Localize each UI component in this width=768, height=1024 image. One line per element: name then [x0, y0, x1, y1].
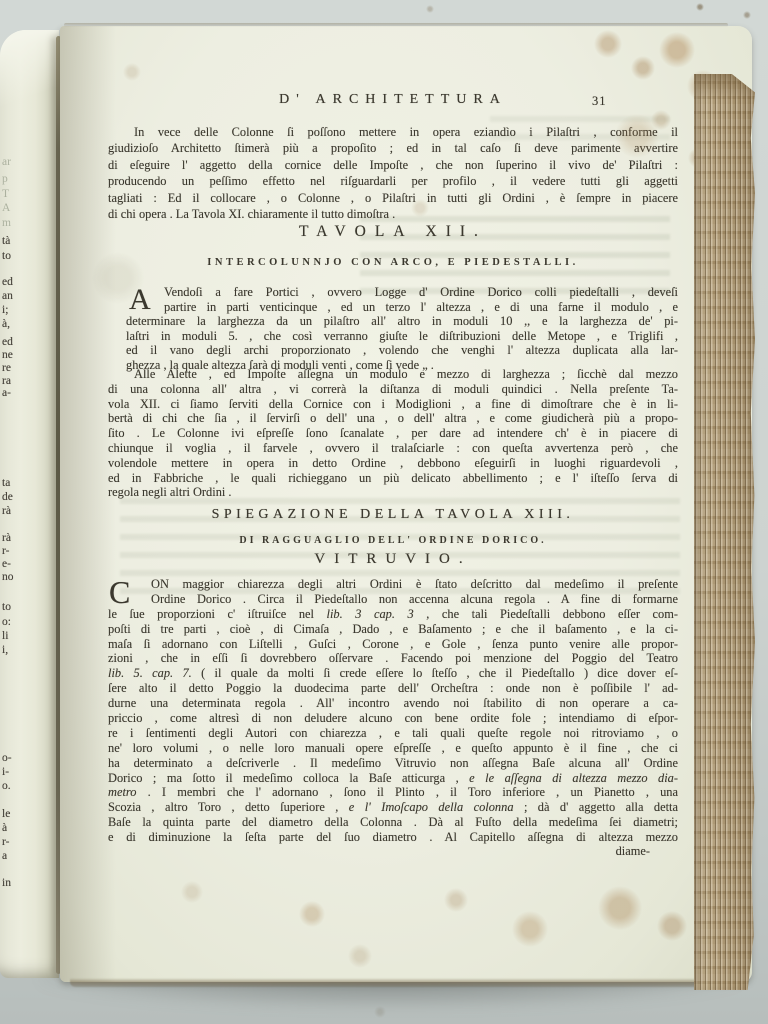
- text-line: chiunque il voglia , il farvele , ovvero…: [108, 441, 678, 456]
- text-line: ha determinato a deſcriverle . Il medeſi…: [108, 756, 678, 771]
- left-page-text-fragment: i,: [2, 644, 20, 656]
- text-line: poſti di tre parti , cioè , di Cimaſa , …: [108, 622, 678, 637]
- left-page-text-fragment: o:: [2, 616, 20, 628]
- left-page-text-fragment: tà: [2, 235, 20, 247]
- left-page-text-fragment: ne: [2, 349, 20, 361]
- fore-edge-page-stack: [694, 74, 755, 990]
- text-line: producendo un peſſimo effetto nel riſgua…: [108, 173, 678, 189]
- left-page-text-fragment: T: [2, 188, 20, 200]
- left-page-text-fragment: to: [2, 601, 20, 613]
- text-line: metro . I membri che l' adornano , ſono …: [108, 785, 678, 800]
- page-bottom-edge: [70, 978, 727, 987]
- drop-cap: C: [109, 578, 130, 606]
- left-page-text-fragment: à: [2, 822, 20, 834]
- text-line: Alle Alette , ed Impoſte aſſegna un modu…: [108, 367, 678, 382]
- left-page-text-fragment: A: [2, 202, 20, 214]
- left-page-text-fragment: le: [2, 808, 20, 820]
- left-page-text-fragment: a-: [2, 387, 20, 399]
- text-line: durne una determinata regola . All' inco…: [108, 696, 678, 711]
- text-line: ne' loro volumi , o nelle loro manuali o…: [108, 741, 678, 756]
- photo-scene: arpTAmtàtoedani;à,ednereraa-taderàràr-e-…: [0, 0, 768, 1024]
- left-page-text-fragment: p: [2, 173, 20, 185]
- text-line: ON maggior chiarezza degli altri Ordini …: [108, 577, 678, 592]
- heading-tavola-xii: TAVOLA XII.: [108, 223, 678, 241]
- text-line: maſa ſi adornano con Liſtelli , Guſci , …: [108, 637, 678, 652]
- left-page-text-fragment: ed: [2, 276, 20, 288]
- left-page-text-fragment: r-: [2, 545, 20, 557]
- left-page-text-fragment: m: [2, 217, 20, 229]
- facing-page-sliver: arpTAmtàtoedani;à,ednereraa-taderàràr-e-…: [0, 30, 59, 978]
- book-photo: { "colors": { "paper": "#edeee1", "ink":…: [0, 0, 768, 1024]
- catchword: diame-: [616, 844, 650, 859]
- text-line: tagliati : Ed il collocare , o Colonne ,…: [108, 190, 678, 206]
- text-line: ſito . Le Colonne ivi eſpreſſe ſono ſcan…: [108, 426, 678, 441]
- text-line: zioni , che in eſſi ſi dovrebbero oſſerv…: [108, 651, 678, 666]
- left-page-text-fragment: rà: [2, 532, 20, 544]
- text-line: volendole mettere in opera in detto Ordi…: [108, 456, 678, 471]
- left-page-text-fragment: rà: [2, 505, 20, 517]
- text-line: ed in Fabbriche , le quali richieggano u…: [108, 471, 678, 486]
- text-line: giudizioſo Architetto ſtimerà più a prop…: [108, 140, 678, 156]
- text-line: „ed il vano degli archi proporzionato , …: [126, 343, 678, 358]
- subheading-ragguaglio: DI RAGGUAGLIO DELL' ORDINE DORICO.: [108, 535, 678, 546]
- text-line: In vece delle Colonne ſi poſſono mettere…: [108, 124, 678, 140]
- left-page-text-fragment: in: [2, 877, 20, 889]
- left-page-text-fragment: o.: [2, 780, 20, 792]
- text-line: re i ſentimenti degli Autori con chiarez…: [108, 726, 678, 741]
- text-line: di eſeguire l' aggetto della cornice del…: [108, 157, 678, 173]
- facing-page-text-edge: arpTAmtàtoedani;à,ednereraa-taderàràr-e-…: [0, 30, 22, 978]
- heading-vitruvio: VITRUVIO.: [108, 551, 678, 568]
- text-block: D' ARCHITETTURA 31 In vece delle Colonne…: [108, 26, 678, 982]
- text-line: priccio , come altresì di non deludere a…: [108, 711, 678, 726]
- text-line: Ordine Dorico . Circa il Piedeſtallo non…: [108, 592, 678, 607]
- text-line: „laſtri in moduli 5. , che così verranno…: [126, 329, 678, 344]
- left-page-text-fragment: o-: [2, 752, 20, 764]
- left-page-text-fragment: an: [2, 290, 20, 302]
- text-line: „determinare la larghezza da un pilaſtro…: [126, 314, 678, 329]
- text-line: „Vendoſi a fare Portici , ovvero Logge d…: [126, 285, 678, 300]
- paragraph-pilastri: In vece delle Colonne ſi poſſono mettere…: [108, 124, 678, 222]
- text-line: Scozia , altro Toro , detto ſuperiore , …: [108, 800, 678, 815]
- left-page-text-fragment: no: [2, 571, 20, 583]
- left-page-text-fragment: ta: [2, 477, 20, 489]
- left-page-text-fragment: li: [2, 630, 20, 642]
- text-line: Dorico ; ma ſotto il medeſimo colloca la…: [108, 771, 678, 786]
- left-page-text-fragment: à,: [2, 318, 20, 330]
- text-line: di chi opera . La Tavola XI. chiaramente…: [108, 206, 678, 222]
- subheading-intercolunnio: INTERCOLUNNJO CON ARCO, E PIEDESTALLI.: [108, 257, 678, 268]
- text-line: vola XII. ci ſiamo ſerviti della Cornice…: [108, 397, 678, 412]
- paragraph-vitruvio: ON maggior chiarezza degli altri Ordini …: [108, 577, 678, 845]
- text-line: ſere alto il detto Poggio la duodecima p…: [108, 681, 678, 696]
- text-line: lib. 5. cap. 7. ( il quale da molti ſi c…: [108, 666, 678, 681]
- text-line: le ſue proporzioni c' iſtruiſce nel lib.…: [108, 607, 678, 622]
- drop-cap: A: [129, 286, 151, 313]
- book-page: D' ARCHITETTURA 31 In vece delle Colonne…: [60, 26, 752, 982]
- text-line: e di diminuzione la ſeſta parte del ſuo …: [108, 830, 678, 845]
- page-number: 31: [592, 94, 607, 109]
- left-page-text-fragment: r-: [2, 836, 20, 848]
- left-page-text-fragment: ar: [2, 156, 20, 168]
- heading-spiegazione: SPIEGAZIONE DELLA TAVOLA XIII.: [108, 507, 678, 523]
- left-page-text-fragment: i-: [2, 766, 20, 778]
- text-line: bertà di chi che ſia , il ſervirſi o del…: [108, 411, 678, 426]
- left-page-text-fragment: de: [2, 491, 20, 503]
- text-line: di una colonna all' altra , vi correrà l…: [108, 382, 678, 397]
- text-line: regola negli altri Ordini .: [108, 485, 678, 500]
- left-page-text-fragment: re: [2, 362, 20, 374]
- left-page-text-fragment: ra: [2, 375, 20, 387]
- text-line: Baſe la quinta parte del diametro della …: [108, 815, 678, 830]
- paragraph-quoted-rule: „Vendoſi a fare Portici , ovvero Logge d…: [126, 285, 678, 373]
- left-page-text-fragment: a: [2, 850, 20, 862]
- left-page-text-fragment: i;: [2, 304, 20, 316]
- left-page-text-fragment: ed: [2, 336, 20, 348]
- left-page-text-fragment: to: [2, 250, 20, 262]
- left-page-text-fragment: e-: [2, 558, 20, 570]
- text-line: „partire in parti venticinque , ed un te…: [126, 300, 678, 315]
- paragraph-alette: Alle Alette , ed Impoſte aſſegna un modu…: [108, 367, 678, 500]
